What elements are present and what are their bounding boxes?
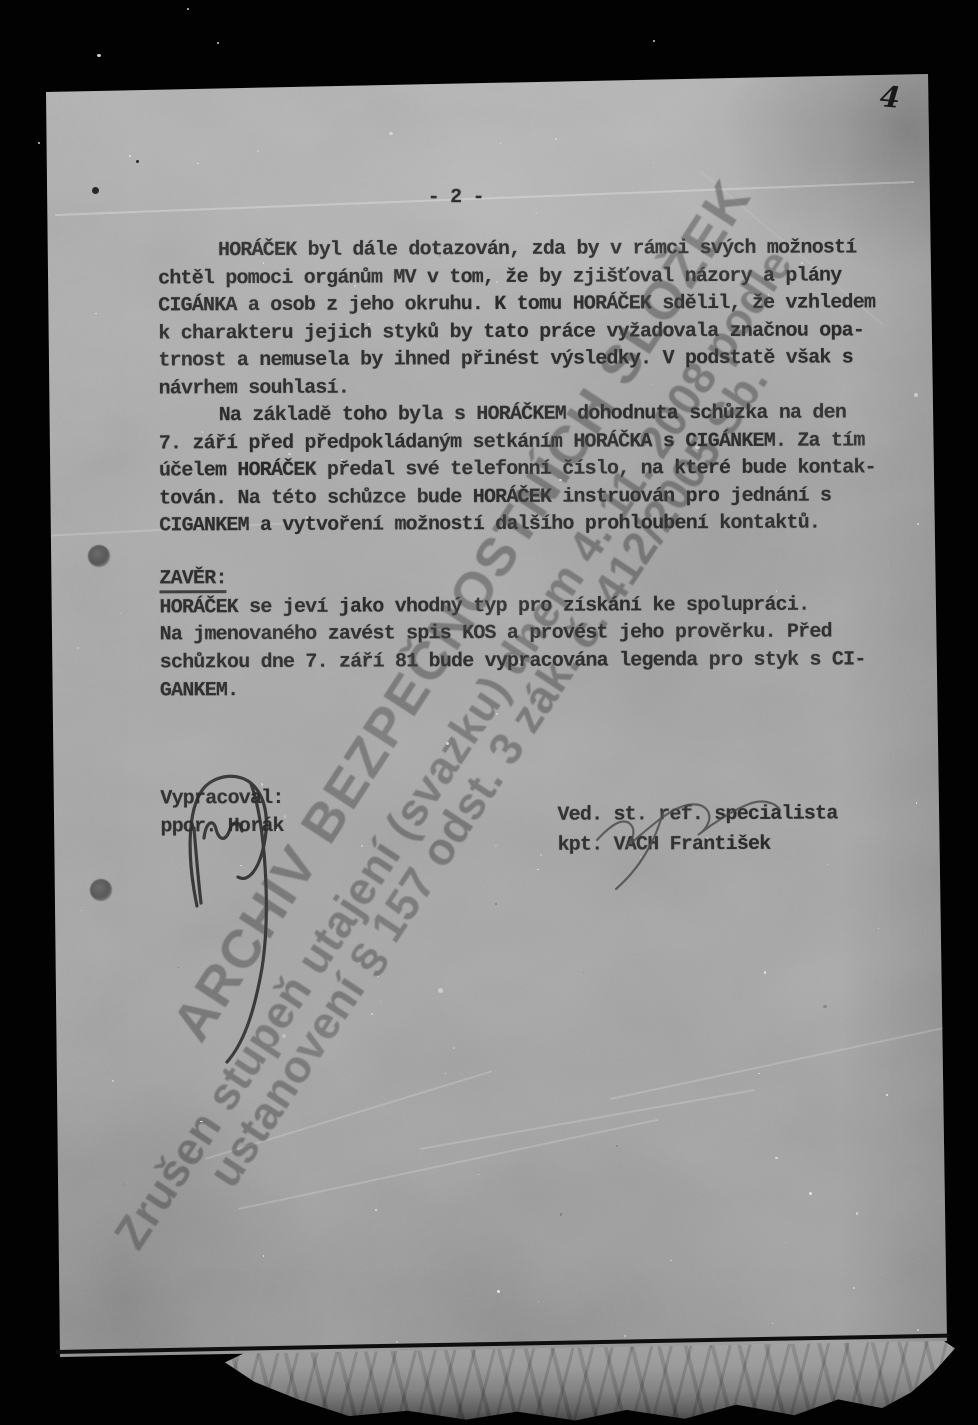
dust-speck xyxy=(223,398,224,399)
dust-speck xyxy=(616,1145,618,1147)
paragraph1-line: návrhem souhlasí. xyxy=(159,379,350,400)
dust-speck xyxy=(519,661,521,663)
dust-speck xyxy=(97,54,101,57)
dust-speck xyxy=(827,864,828,865)
handwritten-page-number: 4 xyxy=(879,79,902,115)
dust-speck xyxy=(77,647,79,649)
dust-speck xyxy=(555,138,556,139)
dust-speck xyxy=(439,254,441,256)
approver-name: kpt. VACH František xyxy=(558,835,771,856)
conclusion-line: GANKEM. xyxy=(160,681,239,701)
dust-speck xyxy=(560,1213,562,1215)
dust-speck xyxy=(511,356,513,357)
page-number-header: - 2 - xyxy=(428,188,484,208)
dust-speck xyxy=(917,1329,919,1331)
dust-speck xyxy=(776,590,778,592)
dust-speck xyxy=(559,479,561,481)
prepared-by-name: ppor. Horák xyxy=(160,817,283,838)
dust-speck xyxy=(886,1094,887,1095)
dust-speck xyxy=(178,967,179,968)
dust-speck xyxy=(775,1157,777,1159)
dust-speck xyxy=(276,829,278,831)
dust-speck xyxy=(438,988,443,994)
ink-dot xyxy=(136,160,139,163)
dust-speck xyxy=(368,323,370,325)
dust-speck xyxy=(361,845,363,847)
prepared-by-label: Vypracoval: xyxy=(160,789,283,810)
dust-speck xyxy=(187,8,189,10)
conclusion-heading: ZAVĚR: xyxy=(159,569,226,593)
dust-speck xyxy=(453,1047,455,1049)
dust-speck xyxy=(706,837,708,839)
dust-speck xyxy=(217,42,219,44)
dust-speck xyxy=(341,459,343,461)
punch-hole xyxy=(88,545,110,567)
dust-speck xyxy=(495,845,497,847)
dust-speck xyxy=(371,1013,373,1015)
dust-speck xyxy=(129,155,131,157)
dust-speck xyxy=(288,453,291,455)
dust-speck xyxy=(446,742,448,745)
dust-speck xyxy=(257,150,259,151)
document-page: - 2 - HORÁČEK byl dále dotazován, zda by… xyxy=(0,0,978,1425)
dust-speck xyxy=(261,783,263,785)
punch-hole xyxy=(90,879,112,901)
dust-speck xyxy=(263,262,264,263)
ink-dot xyxy=(92,187,99,194)
dust-speck xyxy=(354,285,356,287)
dust-speck xyxy=(282,1034,286,1038)
scanned-document: - 2 - HORÁČEK byl dále dotazován, zda by… xyxy=(0,0,978,1425)
dust-speck xyxy=(445,1073,446,1074)
dust-speck xyxy=(653,40,655,42)
dust-speck xyxy=(284,815,286,818)
dust-speck xyxy=(81,910,82,911)
paragraph2-line: 7. září před předpokládaným setkáním HOR… xyxy=(159,431,865,454)
dust-speck xyxy=(772,1323,773,1324)
dust-speck xyxy=(38,142,40,144)
approver-title: Ved. st. ref. specialista xyxy=(557,804,837,825)
dust-speck xyxy=(670,1260,672,1261)
dust-speck xyxy=(496,281,498,283)
